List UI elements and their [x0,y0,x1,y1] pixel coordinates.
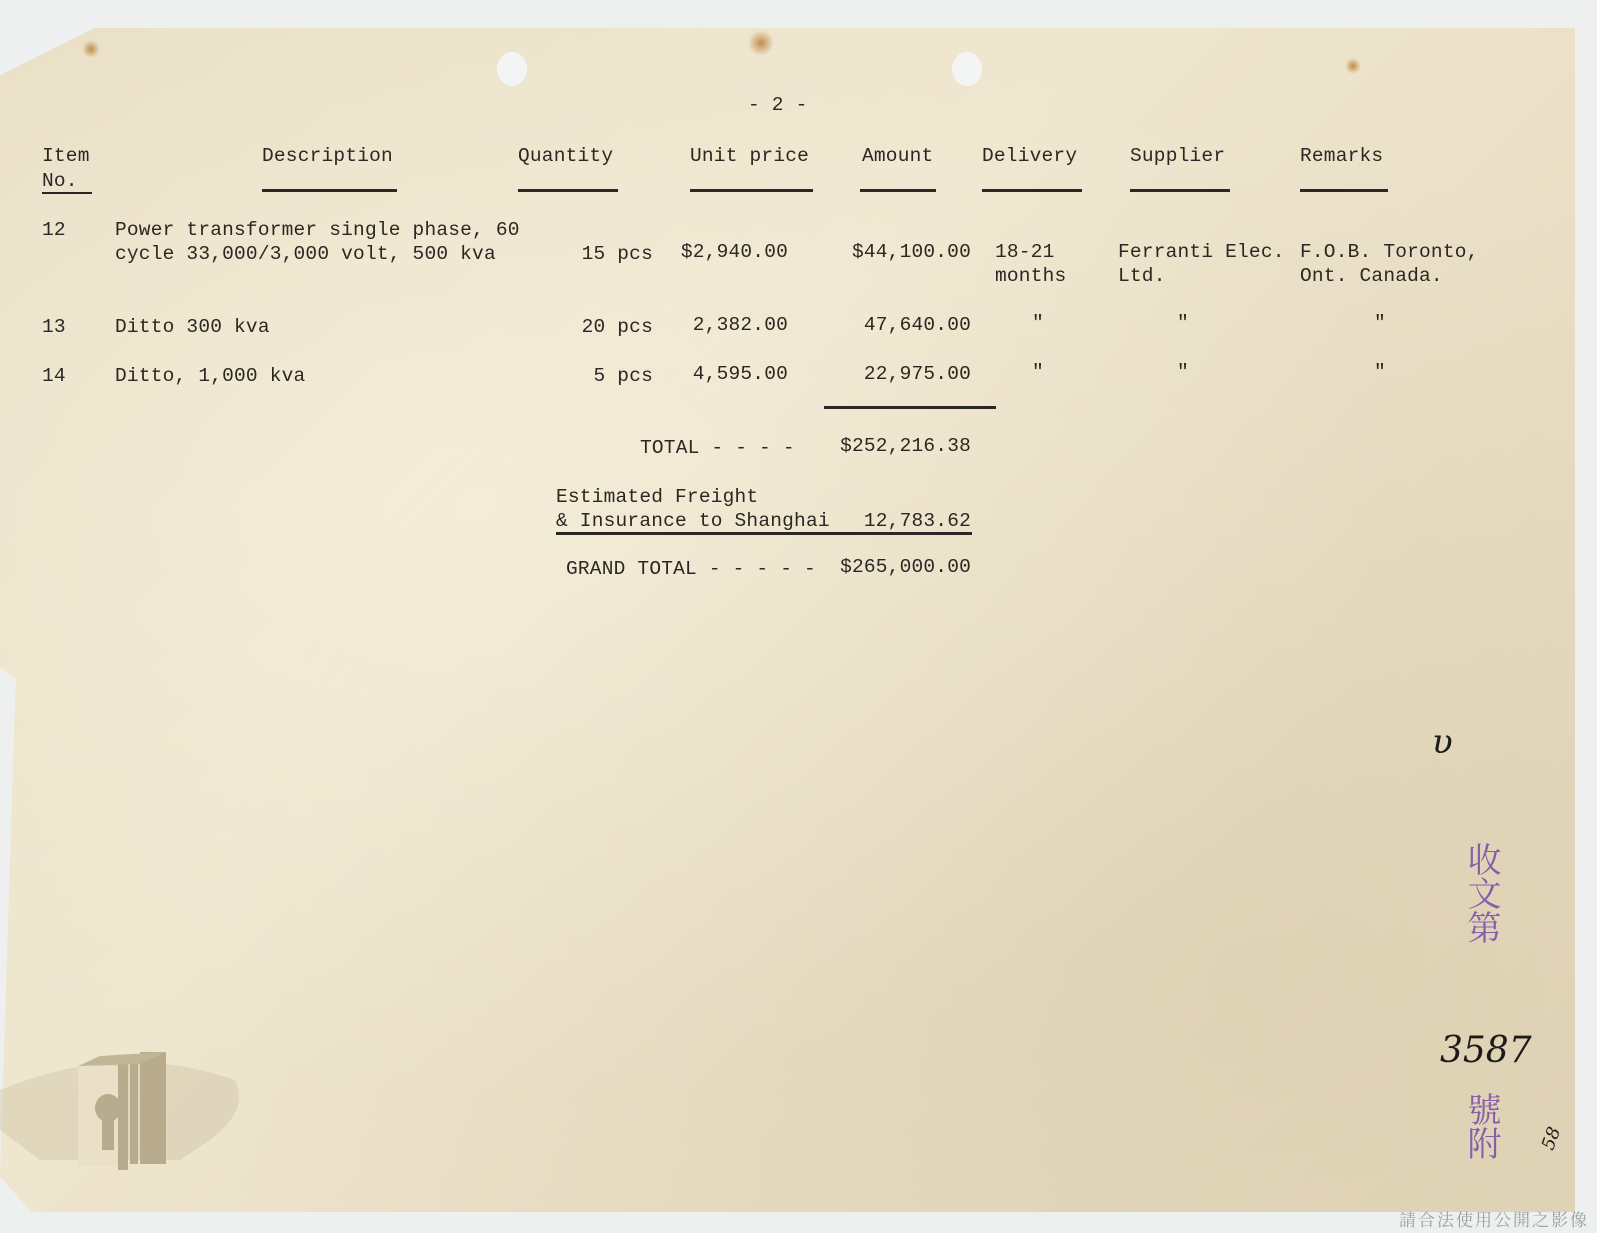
row-quantity: 5 pcs [540,364,653,388]
header-delivery: Delivery [982,144,1077,168]
header-underline [42,192,92,194]
rust-stain [82,40,100,58]
row-unit-price: 4,595.00 [660,362,788,386]
row-amount: 22,975.00 [830,362,971,386]
handwritten-mark: υ [1432,722,1453,762]
row-supplier-ditto: " [1177,311,1189,335]
freight-underline [556,532,972,535]
header-no: No. [42,169,78,193]
row-supplier-ditto: " [1177,360,1189,384]
total-value: $252,216.38 [820,434,971,458]
header-quantity: Quantity [518,144,613,168]
row-amount: $44,100.00 [830,240,971,264]
header-underline [262,189,397,192]
header-underline [1300,189,1388,192]
header-underline [1130,189,1230,192]
header-item: Item [42,144,90,168]
grand-total-label: GRAND TOTAL - - - - - [566,557,816,581]
row-supplier: Ferranti Elec. [1118,240,1285,264]
header-unit-price: Unit price [690,144,809,168]
header-description: Description [262,144,393,168]
row-delivery: 18-21 [995,240,1055,264]
row-remarks-ditto: " [1374,360,1386,384]
row-delivery-ditto: " [1032,360,1044,384]
page-number: - 2 - [748,93,808,117]
freight-value: 12,783.62 [840,509,971,533]
header-remarks: Remarks [1300,144,1383,168]
rust-stain [748,30,774,56]
row-delivery-cont: months [995,264,1066,288]
row-remarks-cont: Ont. Canada. [1300,264,1443,288]
received-stamp-top: 收文第 [1462,842,1500,944]
header-amount: Amount [862,144,933,168]
header-underline [860,189,936,192]
row-amount: 47,640.00 [830,313,971,337]
received-stamp-bottom: 號附 [1462,1092,1500,1160]
freight-label: Estimated Freight [556,485,758,509]
row-unit-price: 2,382.00 [660,313,788,337]
row-remarks-ditto: " [1374,311,1386,335]
punch-hole-left [497,52,527,86]
row-item: 12 [42,218,66,242]
row-unit-price: $2,940.00 [660,240,788,264]
row-delivery-ditto: " [1032,311,1044,335]
row-remarks: F.O.B. Toronto, [1300,240,1479,264]
row-supplier-cont: Ltd. [1118,264,1166,288]
header-underline [518,189,618,192]
row-description: Ditto, 1,000 kva [115,364,305,388]
row-quantity: 20 pcs [540,315,653,339]
row-description: Power transformer single phase, 60 [115,218,520,242]
rust-stain [1345,58,1361,74]
handwritten-number: 3587 [1440,1030,1532,1071]
row-item: 13 [42,315,66,339]
row-description-cont: cycle 33,000/3,000 volt, 500 kva [115,242,496,266]
header-underline [982,189,1082,192]
watermark-text: 請合法使用公開之影像 [1399,1206,1589,1231]
header-supplier: Supplier [1130,144,1225,168]
header-underline [690,189,813,192]
grand-total-value: $265,000.00 [820,555,971,579]
row-item: 14 [42,364,66,388]
row-description: Ditto 300 kva [115,315,270,339]
row-quantity: 15 pcs [540,242,653,266]
archive-logo-icon [0,1030,250,1190]
freight-label-cont: & Insurance to Shanghai [556,509,830,533]
total-label: TOTAL - - - - [640,436,795,460]
sum-rule [824,406,996,409]
punch-hole-right [952,52,982,86]
